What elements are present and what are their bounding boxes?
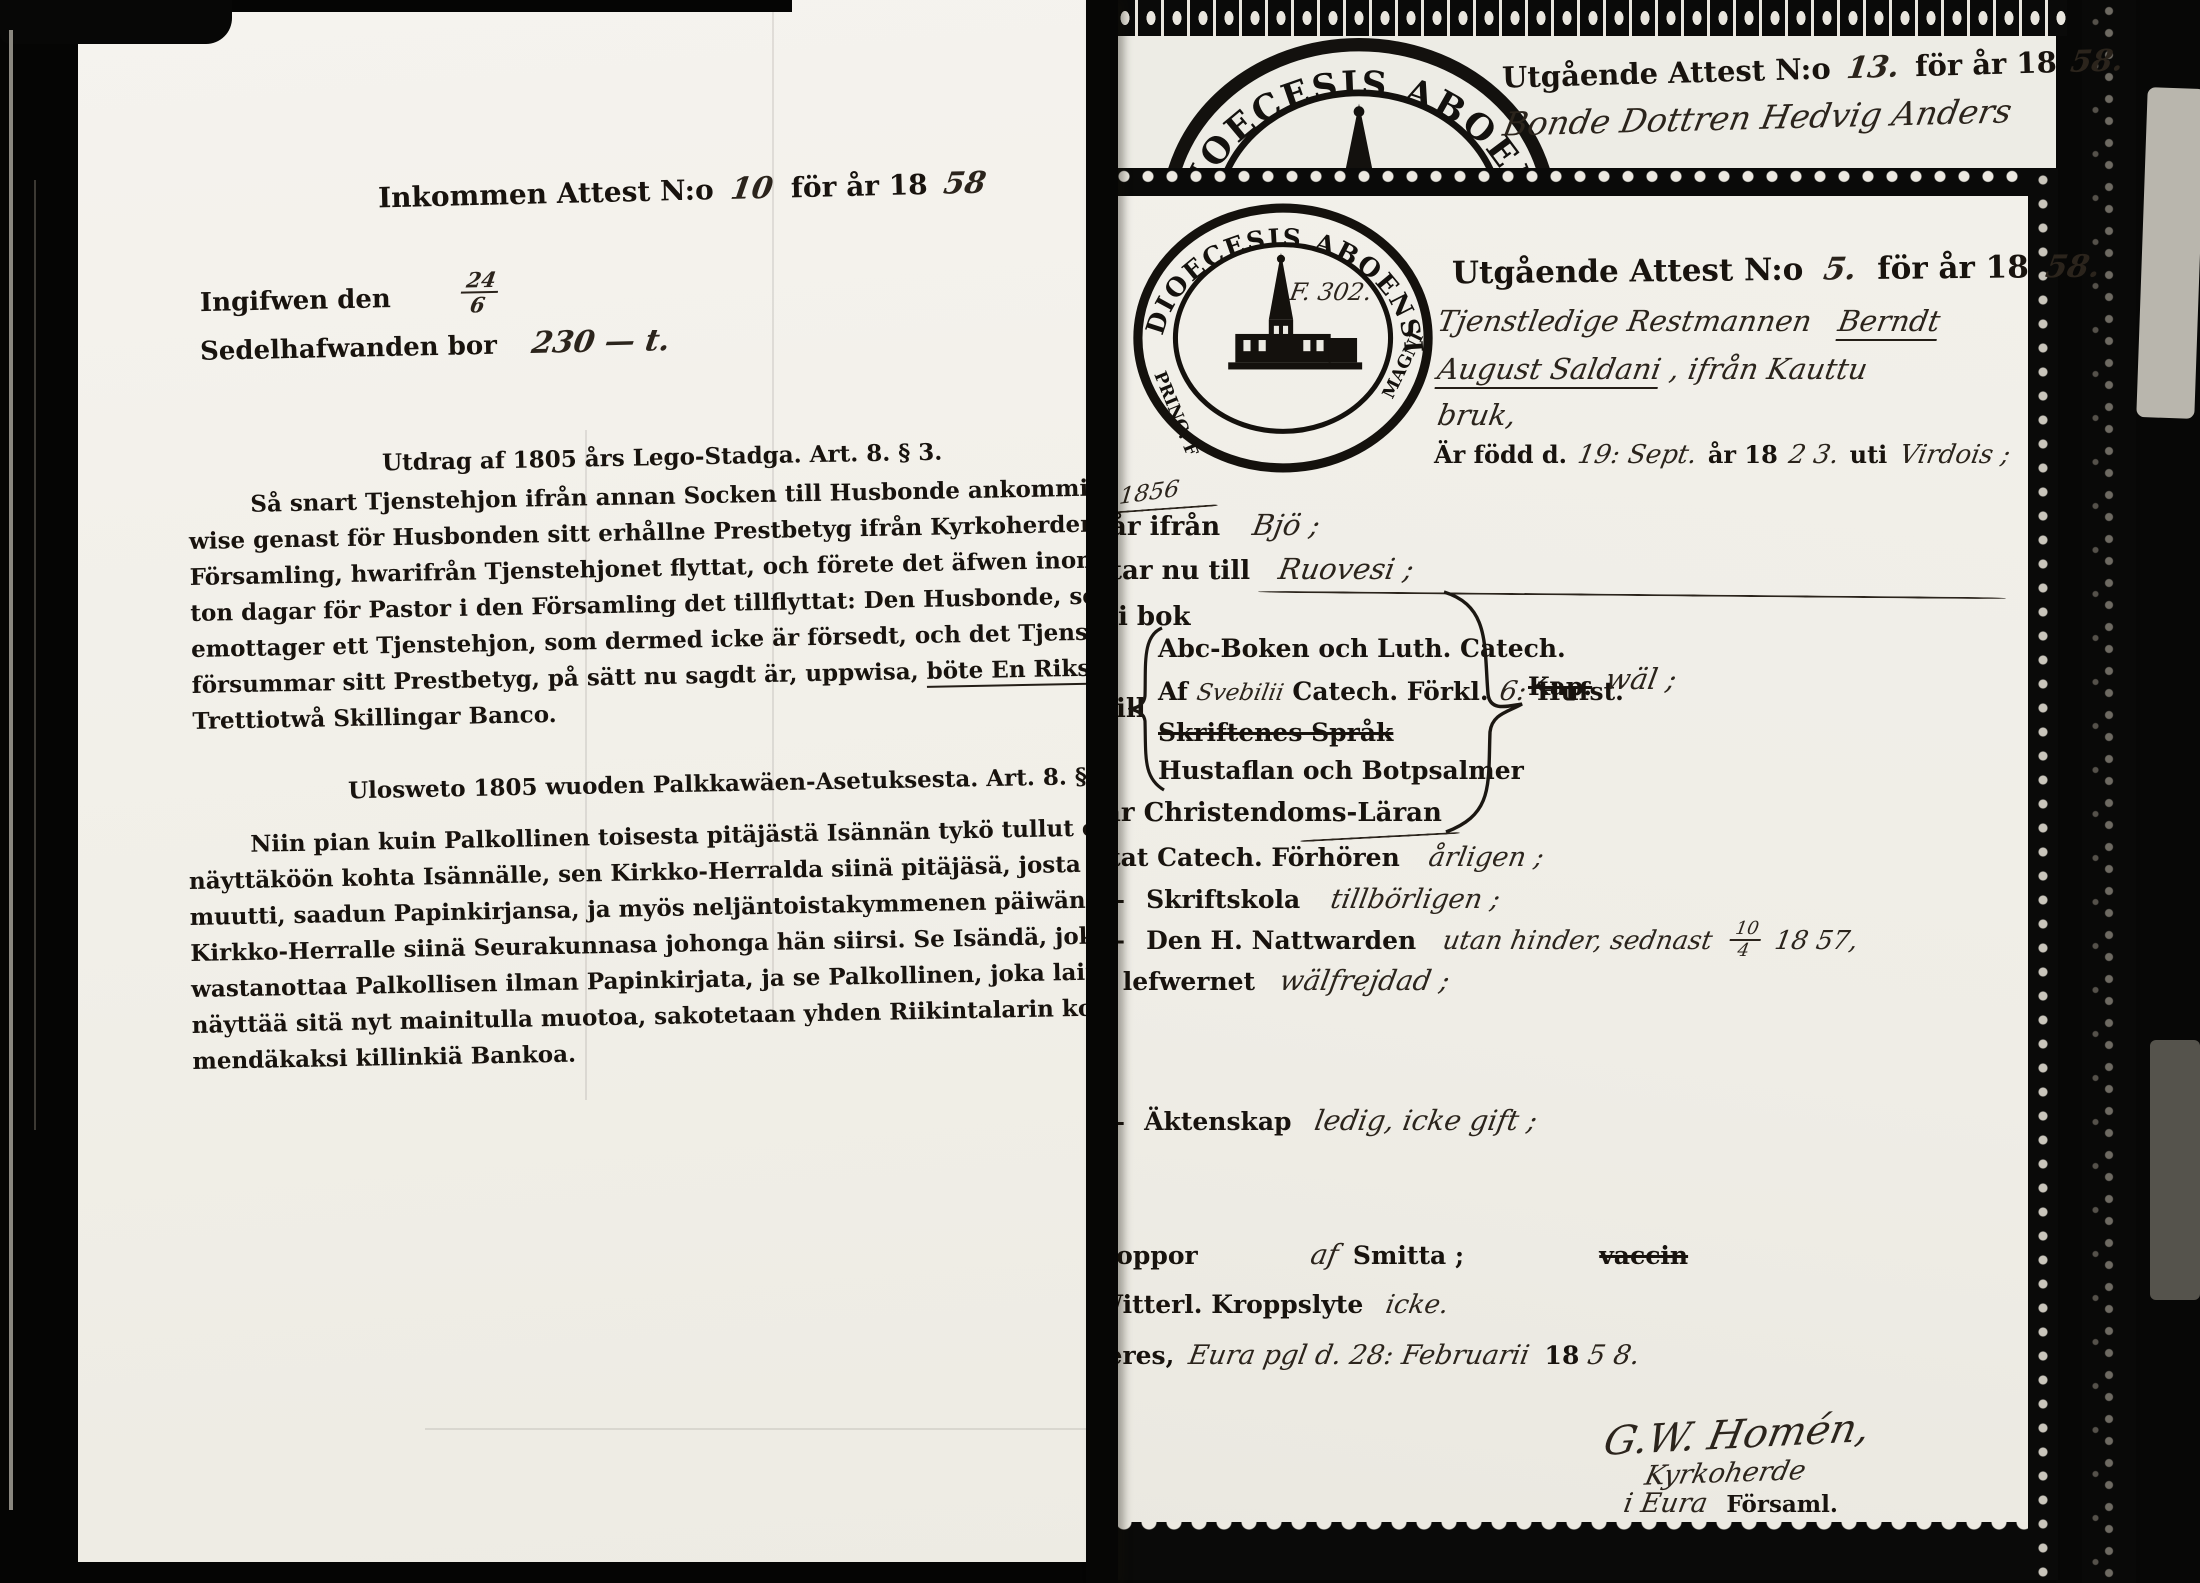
upper-seal: DIOECESIS ABOENSIS <box>1158 34 1560 168</box>
defect-line: Witterl. Kroppslyte icke. <box>1095 1290 1449 1320</box>
communion-printed: Den H. Nattwarden <box>1146 926 1416 955</box>
moved-from-line: år ifrån Bjö ; <box>1110 508 1320 542</box>
front-header-printed-a: Utgående Attest N:o <box>1452 252 1804 292</box>
front-seal: DIOECESIS ABOENSIS PRINC: F MAGNI <box>1130 200 1436 476</box>
right-paper-fragment-top <box>2136 87 2200 419</box>
person-name-a: Berndt <box>1835 304 1943 341</box>
moved-to-hw: Ruovesi ; <box>1276 552 1417 586</box>
communion-hw-a: utan hinder, sednast <box>1441 926 1715 956</box>
left-margin-streak <box>9 30 13 1510</box>
signature-place-hw: i Eura <box>1621 1488 1710 1519</box>
person-line-1: Tjenstledige Restmannen Berndt <box>1435 304 1943 338</box>
communion-hw-b: 18 57, <box>1773 926 1861 956</box>
conduct-printed: ll lefwernet <box>1095 967 1255 996</box>
finnish-paragraph: Niin pian kuin Palkollinen toisesta pitä… <box>188 809 1205 1080</box>
confirmation-printed: Skriftskola <box>1146 885 1300 914</box>
received-day: 24 <box>461 269 502 294</box>
person-after-name: , ifrån Kauttu <box>1667 352 1870 386</box>
top-left-blot <box>0 0 232 44</box>
born-hw-a: 19: Sept. <box>1575 440 1699 470</box>
front-attest-header: Utgående Attest N:o 5. för år 18 58. <box>1452 249 2100 292</box>
books-brace-right <box>1436 586 1532 838</box>
moved-from-printed: år ifrån <box>1110 512 1220 542</box>
communion-line: — Den H. Nattwarden utan hinder, sednast… <box>1100 924 1858 964</box>
born-line: Är född d. 19: Sept. år 18 2 3. uti Vird… <box>1434 440 2010 470</box>
received-date: 24 6 <box>457 269 501 316</box>
catechism-line: stat Catech. Förhören årligen ; <box>1095 842 1543 873</box>
defect-printed: Witterl. Kroppslyte <box>1095 1290 1363 1319</box>
moved-to-line: tar nu till Ruovesi ; <box>1110 552 1414 586</box>
upper-attest-top-border <box>1112 0 2067 36</box>
bottom-scan-edge <box>0 1562 1100 1583</box>
left-header-number: 10 <box>729 171 776 207</box>
born-hw-c: Virdois ; <box>1898 440 2013 470</box>
left-header-year: 58 <box>941 166 988 202</box>
received-line: Ingifwen den 24 6 <box>200 275 498 327</box>
marriage-hw: ledig, icke gift ; <box>1312 1104 1540 1137</box>
communion-date-frac: 10 4 <box>1727 920 1765 960</box>
born-hw-b: 2 3. <box>1786 440 1841 470</box>
scanned-archive-page: Inkommen Attest N:o 10 för år 18 58 Ingi… <box>0 0 2200 1583</box>
front-header-number: 5. <box>1821 251 1859 287</box>
confirmation-hw: tillbörligen ; <box>1329 884 1503 915</box>
dateline-hw-a: Eura pgl d. 28: Februarii <box>1187 1340 1533 1371</box>
upper-seal-clip: DIOECESIS ABOENSIS <box>1158 34 1560 168</box>
born-printed-b: år 18 <box>1708 440 1778 469</box>
signature-place-printed: Församl. <box>1726 1491 1837 1518</box>
smallpox-printed-b: Smitta ; <box>1353 1241 1464 1270</box>
born-printed-a: Är född d. <box>1434 440 1567 469</box>
front-attest-top-border <box>1112 168 2056 196</box>
left-header-printed-b: för år 18 <box>790 168 928 204</box>
communion-frac-bot: 4 <box>1727 941 1761 960</box>
book-item-2-hw: Svebilii <box>1195 680 1286 706</box>
catechism-printed: stat Catech. Förhören <box>1095 843 1400 872</box>
front-header-year: 58. <box>2043 249 2103 286</box>
upper-header-printed-b: för år 18 <box>1915 45 2058 83</box>
seal-note: F. 302. <box>1288 278 1375 306</box>
conduct-hw: wälfrejdad ; <box>1277 964 1452 997</box>
smallpox-hw: af <box>1308 1238 1341 1271</box>
right-lace-strip <box>2082 0 2136 1583</box>
right-paper-fragment-mid <box>2150 1040 2200 1300</box>
front-header-printed-b: för år 18 <box>1877 249 2029 287</box>
received-month: 6 <box>457 293 498 316</box>
front-attest-bottom-border <box>1112 1522 2056 1580</box>
residence-label: Sedelhafwanden bor <box>200 331 497 367</box>
upper-header-year: 58. <box>2068 43 2125 80</box>
person-intro: Tjenstledige Restmannen <box>1435 304 1814 338</box>
dateline-hw-b: 5 8. <box>1586 1340 1643 1371</box>
born-printed-c: uti <box>1850 440 1888 469</box>
left-header-printed-a: Inkommen Attest N:o <box>378 173 714 214</box>
defect-hw: icke. <box>1384 1290 1452 1320</box>
front-seal-left-frag: PRINC: F <box>1149 369 1201 460</box>
person-line-3: bruk, <box>1435 398 1519 432</box>
residence-value: 230 — t. <box>529 323 672 361</box>
catechism-hw: årligen ; <box>1426 842 1546 873</box>
book-item-2-printed-a: Af <box>1158 677 1188 706</box>
person-name-b: August Saldani <box>1434 352 1663 389</box>
dateline-printed-b: 18 <box>1545 1341 1580 1370</box>
doctrine-line: år Christendoms-Läran <box>1104 798 1442 828</box>
signature-place-line: i Eura Församl. <box>1624 1488 1838 1519</box>
signature-title: Kyrkoherde <box>1642 1455 1809 1492</box>
upper-header-number: 13. <box>1844 50 1901 87</box>
gutter-shadow <box>1086 0 1118 1583</box>
conduct-line: ll lefwernet wälfrejdad ; <box>1095 964 1450 997</box>
left-margin-streak2 <box>34 180 36 1130</box>
moved-to-printed: tar nu till <box>1110 556 1250 586</box>
left-page-crease-h <box>425 1428 1090 1430</box>
kap-hw: wäl ; <box>1603 662 1679 696</box>
front-attest-right-border <box>2028 168 2058 1580</box>
smallpox-struck: vaccin <box>1599 1241 1688 1270</box>
confirmation-line: — Skriftskola tillbörligen ; <box>1100 884 1500 915</box>
person-line-2: August Saldani , ifrån Kauttu <box>1435 352 1870 386</box>
marriage-printed: Äktenskap <box>1144 1107 1291 1136</box>
smallpox-line: Koppor af Smitta ; vaccin <box>1095 1238 1688 1271</box>
book-item-3-struck: Skriftenes Språk <box>1158 718 1393 747</box>
moved-from-hw: Bjö ; <box>1250 508 1323 542</box>
swedish-paragraph: Så snart Tjenstehjon ifrån annan Socken … <box>188 468 1241 740</box>
kap-struck: Kap. <box>1528 672 1592 701</box>
communion-frac-top: 10 <box>1730 920 1765 941</box>
marriage-line: — Äktenskap ledig, icke gift ; <box>1100 1104 1537 1137</box>
dateline: teres, Eura pgl d. 28: Februarii 18 5 8. <box>1095 1340 1640 1371</box>
received-label: Ingifwen den <box>200 284 391 318</box>
